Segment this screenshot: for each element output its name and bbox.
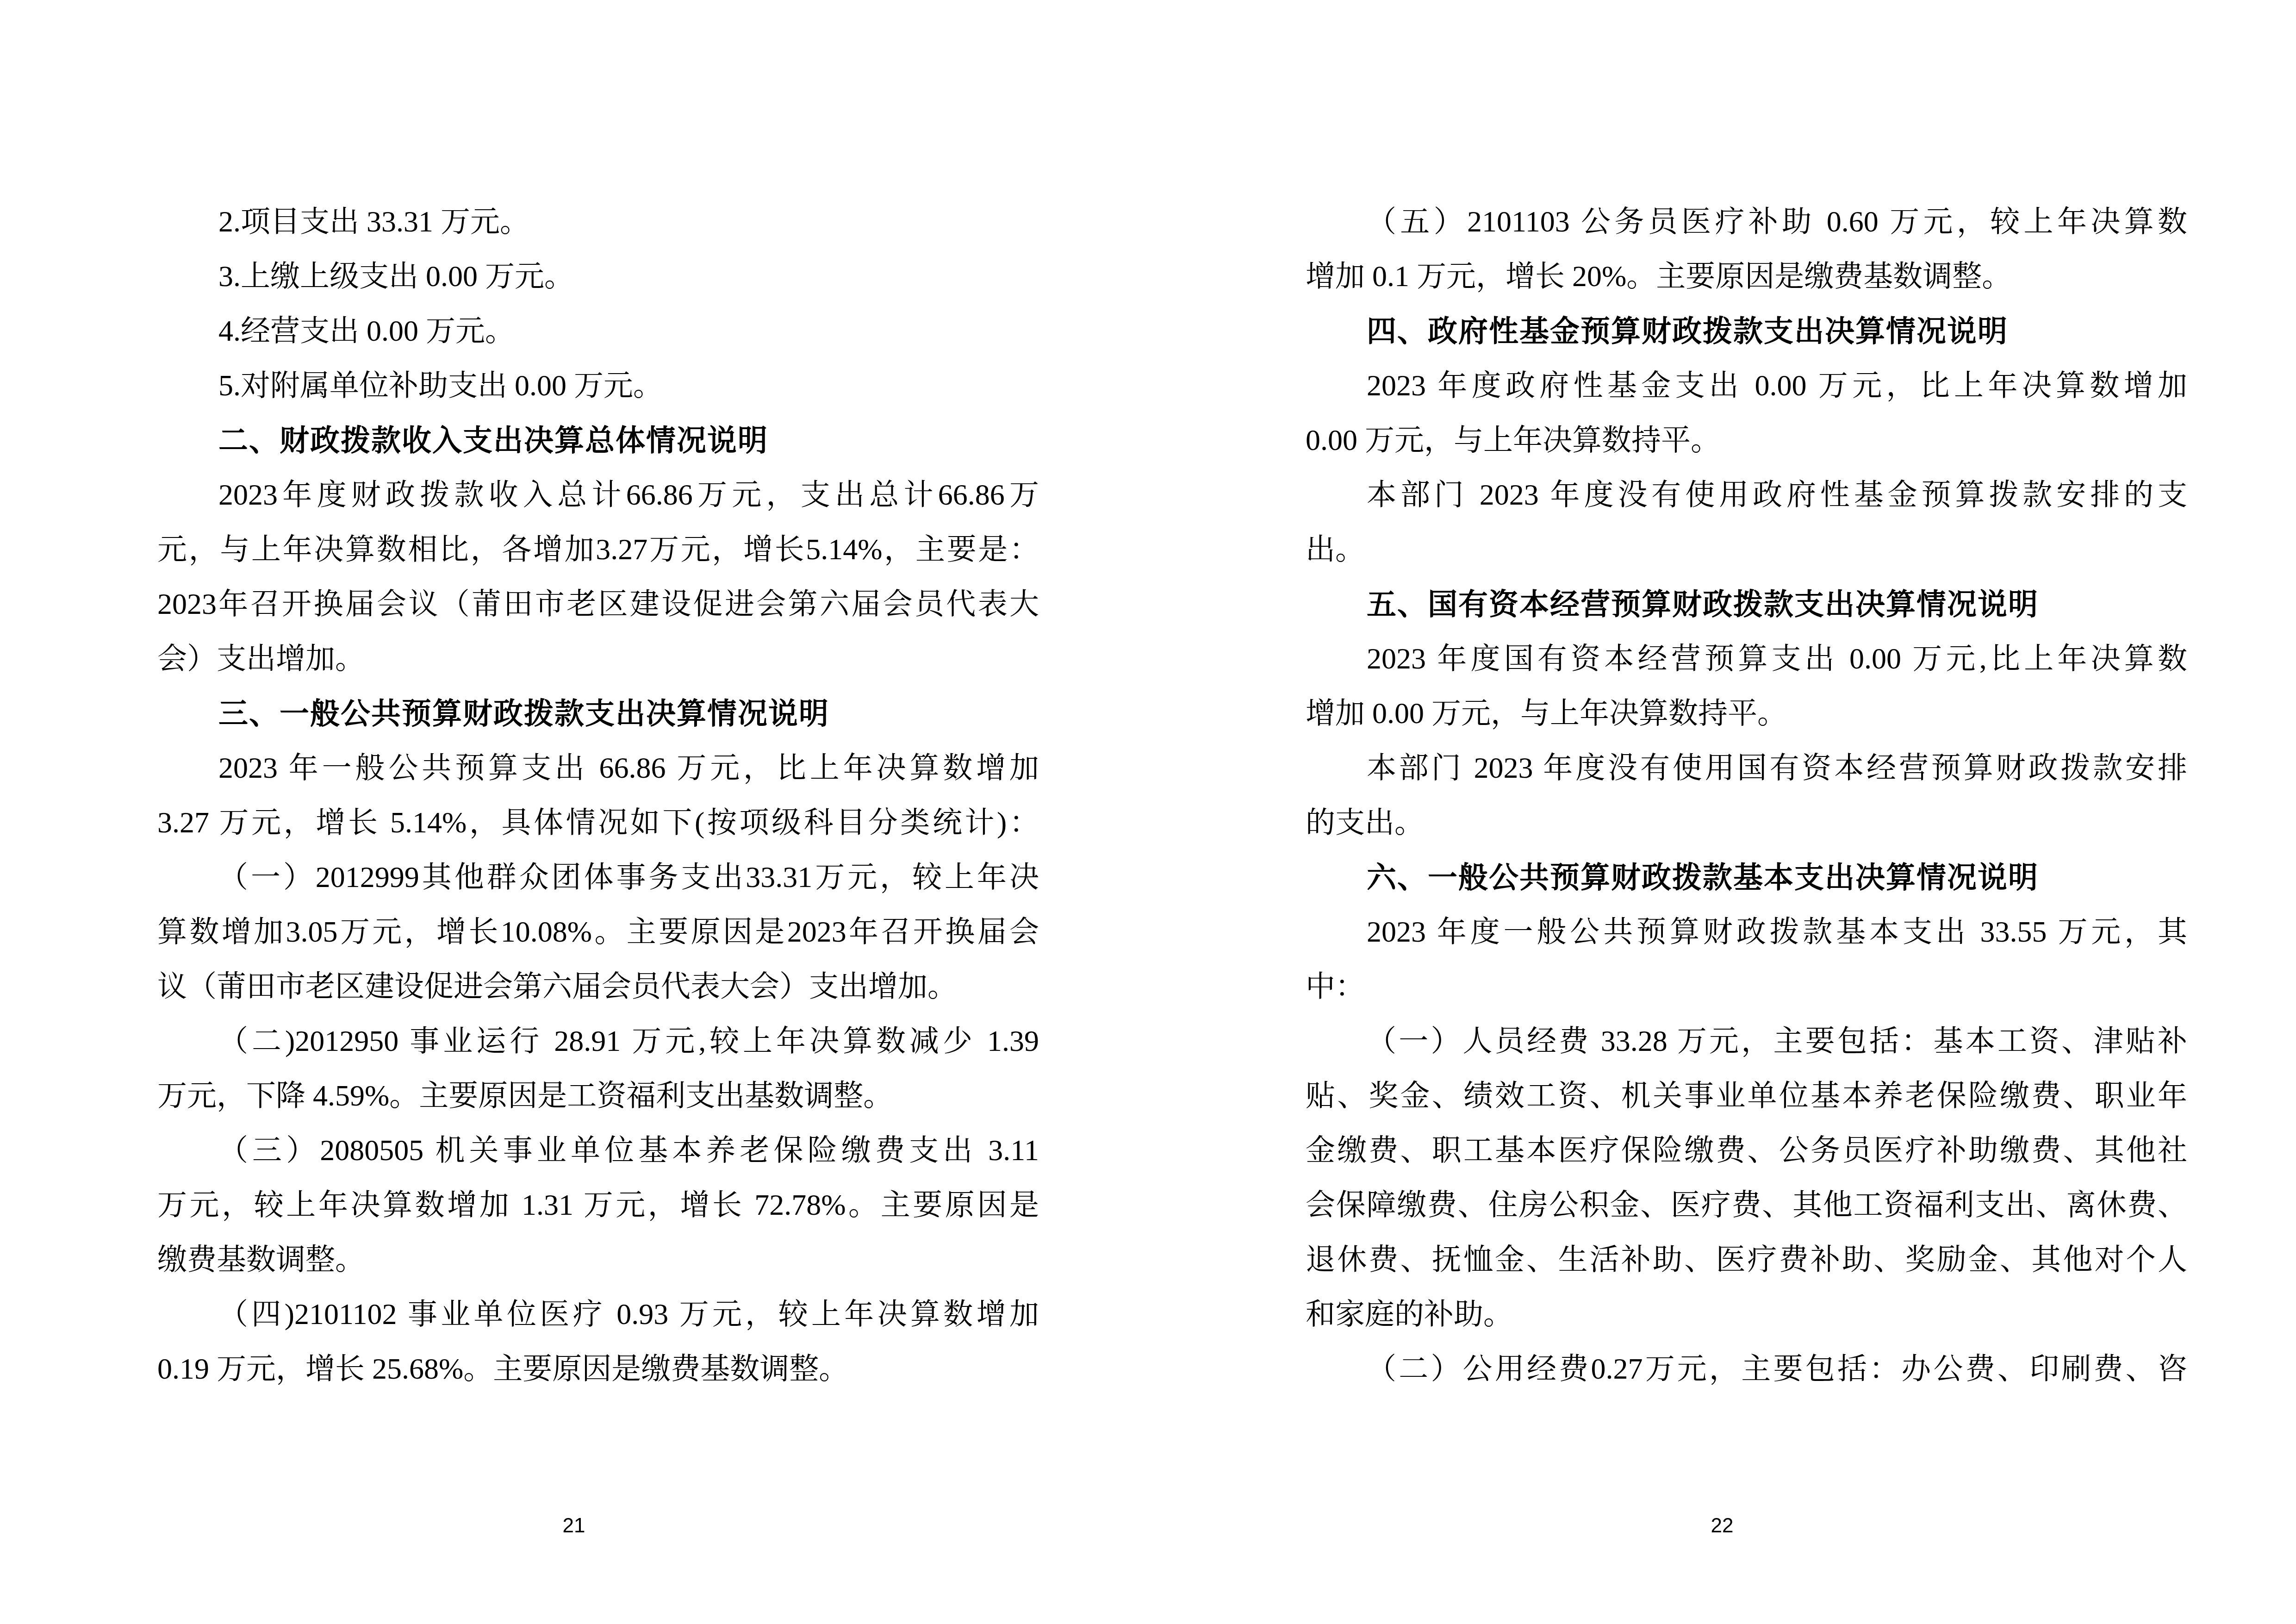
text-line: 会）支出增加。: [157, 631, 1039, 686]
text-line: 中：: [1306, 959, 2187, 1014]
text-line: 2023 年度政府性基金支出 0.00 万元，比上年决算数增加: [1367, 358, 2187, 413]
text-line: 5.对附属单位补助支出 0.00 万元。: [218, 358, 1039, 413]
section-heading: 五、国有资本经营预算财政拨款支出决算情况说明: [1367, 577, 2187, 631]
text-line: 本部门 2023 年度没有使用政府性基金预算拨款安排的支: [1367, 468, 2187, 522]
section-heading: 二、财政拨款收入支出决算总体情况说明: [218, 413, 1039, 468]
page-22: （五）2101103 公务员医疗补助 0.60 万元，较上年决算数增加 0.1 …: [1148, 0, 2296, 1624]
page-text-block: 2.项目支出 33.31 万元。3.上缴上级支出 0.00 万元。4.经营支出 …: [157, 194, 1039, 1396]
text-line: （二)2012950 事业运行 28.91 万元,较上年决算数减少 1.39: [218, 1014, 1039, 1068]
text-line: （五）2101103 公务员医疗补助 0.60 万元，较上年决算数: [1367, 194, 2187, 249]
page-22-number: 22: [1148, 1514, 2296, 1538]
text-line: 3.上缴上级支出 0.00 万元。: [218, 249, 1039, 304]
text-line: 2023 年度国有资本经营预算支出 0.00 万元,比上年决算数: [1367, 631, 2187, 686]
text-line: （三）2080505 机关事业单位基本养老保险缴费支出 3.11: [218, 1123, 1039, 1178]
text-line: 4.经营支出 0.00 万元。: [218, 304, 1039, 358]
section-heading: 三、一般公共预算财政拨款支出决算情况说明: [218, 686, 1039, 741]
document-spread: 2.项目支出 33.31 万元。3.上缴上级支出 0.00 万元。4.经营支出 …: [0, 0, 2296, 1624]
text-line: 2023年度财政拨款收入总计66.86万元，支出总计66.86万: [218, 468, 1039, 522]
text-line: 万元，下降 4.59%。主要原因是工资福利支出基数调整。: [157, 1068, 1039, 1123]
page-21-number: 21: [0, 1514, 1148, 1538]
text-line: 0.00 万元，与上年决算数持平。: [1306, 413, 2187, 468]
text-line: 会保障缴费、住房公积金、医疗费、其他工资福利支出、离休费、: [1306, 1178, 2187, 1232]
text-line: 元，与上年决算数相比，各增加3.27万元，增长5.14%，主要是：: [157, 522, 1039, 577]
text-line: 出。: [1306, 522, 2187, 577]
text-line: （二）公用经费0.27万元，主要包括：办公费、印刷费、咨: [1367, 1342, 2187, 1396]
text-line: （四)2101102 事业单位医疗 0.93 万元，较上年决算数增加: [218, 1287, 1039, 1342]
text-line: （一）人员经费 33.28 万元，主要包括：基本工资、津贴补: [1367, 1014, 2187, 1068]
text-line: 贴、奖金、绩效工资、机关事业单位基本养老保险缴费、职业年: [1306, 1068, 2187, 1123]
text-line: 和家庭的补助。: [1306, 1287, 2187, 1342]
text-line: 算数增加3.05万元，增长10.08%。主要原因是2023年召开换届会: [157, 905, 1039, 959]
text-line: 议（莆田市老区建设促进会第六届会员代表大会）支出增加。: [157, 959, 1039, 1014]
text-line: 万元，较上年决算数增加 1.31 万元，增长 72.78%。主要原因是: [157, 1178, 1039, 1232]
text-line: 0.19 万元，增长 25.68%。主要原因是缴费基数调整。: [157, 1342, 1039, 1396]
text-line: 3.27 万元，增长 5.14%，具体情况如下(按项级科目分类统计)：: [157, 795, 1039, 850]
text-line: 增加 0.00 万元，与上年决算数持平。: [1306, 686, 2187, 741]
text-line: 本部门 2023 年度没有使用国有资本经营预算财政拨款安排: [1367, 741, 2187, 795]
text-line: 2.项目支出 33.31 万元。: [218, 194, 1039, 249]
text-line: 2023年召开换届会议（莆田市老区建设促进会第六届会员代表大: [157, 577, 1039, 631]
text-line: 增加 0.1 万元，增长 20%。主要原因是缴费基数调整。: [1306, 249, 2187, 304]
text-line: 退休费、抚恤金、生活补助、医疗费补助、奖励金、其他对个人: [1306, 1232, 2187, 1287]
section-heading: 四、政府性基金预算财政拨款支出决算情况说明: [1367, 304, 2187, 358]
text-line: 2023 年一般公共预算支出 66.86 万元，比上年决算数增加: [218, 741, 1039, 795]
text-line: 缴费基数调整。: [157, 1232, 1039, 1287]
text-line: （一）2012999其他群众团体事务支出33.31万元，较上年决: [218, 850, 1039, 905]
text-line: 2023 年度一般公共预算财政拨款基本支出 33.55 万元，其: [1367, 905, 2187, 959]
page-21: 2.项目支出 33.31 万元。3.上缴上级支出 0.00 万元。4.经营支出 …: [0, 0, 1148, 1624]
section-heading: 六、一般公共预算财政拨款基本支出决算情况说明: [1367, 850, 2187, 905]
text-line: 金缴费、职工基本医疗保险缴费、公务员医疗补助缴费、其他社: [1306, 1123, 2187, 1178]
page-text-block: （五）2101103 公务员医疗补助 0.60 万元，较上年决算数增加 0.1 …: [1306, 194, 2187, 1396]
text-line: 的支出。: [1306, 795, 2187, 850]
